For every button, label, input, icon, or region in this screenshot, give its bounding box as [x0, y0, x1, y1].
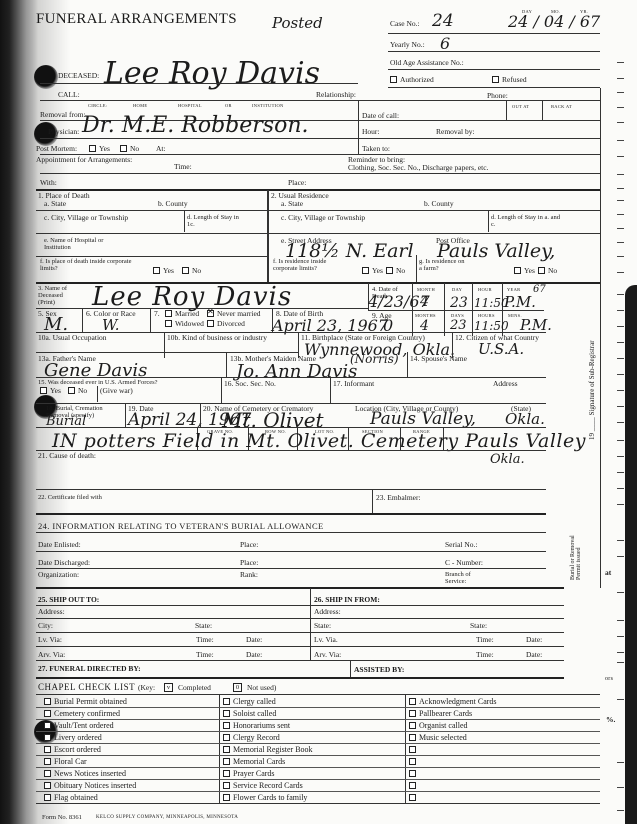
ship-out-address-label: Address:	[38, 608, 65, 616]
checkbox-icon	[223, 794, 230, 801]
pod-county-label: b. County	[158, 200, 188, 208]
checkbox-icon	[120, 145, 127, 152]
checklist-clergy-record[interactable]: Clergy Record	[223, 733, 280, 743]
call-label: CALL:	[58, 91, 80, 99]
armed-forces-no[interactable]: No	[68, 387, 87, 395]
ship-in-arv-date-label: Date:	[526, 651, 542, 659]
pod-state-label: a. State	[44, 200, 66, 208]
dod-day-value[interactable]: 23	[450, 295, 468, 311]
taken-to-label: Taken to:	[362, 145, 390, 153]
marital-label: 7.	[154, 310, 160, 318]
marital-widowed[interactable]: Widowed	[165, 320, 204, 328]
form-number: Form No. 8361	[42, 814, 82, 821]
pod-hospital-label: e. Name of Hospital or Institution	[44, 237, 114, 251]
checkbox-icon	[44, 794, 51, 801]
checklist-blank-4[interactable]	[409, 781, 419, 791]
mother-maiden-note: (Norris)	[350, 352, 399, 366]
ship-out-arv-date-label: Date:	[246, 651, 262, 659]
key-not-used-label: Not used)	[247, 684, 276, 692]
checkbox-icon	[223, 782, 230, 789]
checkbox-icon	[409, 794, 416, 801]
checkbox-checked-icon	[207, 310, 214, 317]
checklist-service-record[interactable]: Service Record Cards	[223, 781, 303, 791]
out-at-label: OUT AT	[512, 104, 529, 109]
removal-from-label: Removal from:	[40, 111, 86, 119]
post-mortem-label: Post Mortem:	[36, 145, 77, 153]
grave-location-value[interactable]: IN potters Field in Mt. Olivet. Cemetery…	[52, 430, 586, 452]
scan-shadow-edge	[0, 0, 38, 824]
phone-label: Phone:	[487, 92, 508, 100]
margin-fragment-1: ors	[605, 676, 613, 682]
relationship-label: Relationship:	[316, 91, 356, 99]
checkbox-icon	[223, 770, 230, 777]
location-value[interactable]: Pauls Valley,	[370, 409, 476, 429]
checkbox-icon	[68, 387, 75, 394]
hour-label: Hour:	[362, 128, 380, 136]
usual-occupation-label: 10a. Usual Occupation	[38, 334, 107, 342]
ship-out-city-label: City:	[38, 622, 53, 630]
enlisted-place-label: Place:	[240, 541, 258, 549]
ship-in-lv-time-label: Time:	[476, 636, 494, 644]
checkbox-icon	[223, 758, 230, 765]
pod-corporate-yes[interactable]: Yes	[153, 267, 174, 275]
checkbox-icon	[44, 722, 51, 729]
armed-forces-label: 15. Was deceased ever in U.S. Armed Forc…	[38, 379, 158, 386]
with-label: With:	[40, 179, 57, 187]
checklist-floral-car[interactable]: Floral Car	[44, 757, 87, 767]
ship-out-arv-via-label: Arv. Via:	[38, 651, 65, 659]
organization-label: Organization:	[38, 571, 79, 579]
old-age-label: Old Age Assistance No.:	[390, 59, 464, 67]
date-enlisted-label: Date Enlisted:	[38, 541, 81, 549]
back-at-label: BACK AT	[551, 104, 572, 109]
permit-at-label: at	[605, 569, 611, 577]
key-completed-label: Completed	[178, 684, 211, 692]
deceased-name-value[interactable]: Lee Roy Davis	[104, 56, 320, 91]
checklist-prayer-cards[interactable]: Prayer Cards	[223, 769, 275, 779]
case-no-value[interactable]: 24	[432, 11, 454, 31]
sub-registrar-signature-label: 19 ____ Signature of Sub-Registrar	[588, 340, 596, 440]
serial-no-label: Serial No.:	[445, 541, 478, 549]
place-label: Place:	[288, 179, 306, 187]
checkbox-icon	[165, 310, 172, 317]
checkbox-icon	[153, 267, 160, 274]
ship-in-heading: 26. SHIP IN FROM:	[314, 596, 380, 604]
checkbox-icon	[223, 698, 230, 705]
deceased-label: DECEASED:	[58, 72, 99, 80]
form-title: FUNERAL ARRANGEMENTS	[36, 11, 237, 28]
checkbox-icon	[386, 267, 393, 274]
binder-hole	[34, 65, 58, 89]
funeral-directed-label: 27. FUNERAL DIRECTED BY:	[38, 665, 141, 673]
assisted-by-label: ASSISTED BY:	[354, 666, 404, 674]
pod-length-label: d. Length of Stay in 1c.	[187, 214, 247, 228]
res-farm-yes[interactable]: Yes	[514, 267, 535, 275]
physician-value[interactable]: Dr. M.E. Robberson.	[82, 113, 309, 138]
checklist-soloist-called[interactable]: Soloist called	[223, 709, 276, 719]
dod-day-header: DAY	[452, 287, 462, 292]
ship-in-lv-via-label: Lv. Via.	[314, 636, 338, 644]
checklist-blank-2[interactable]	[409, 757, 419, 767]
checkbox-icon	[165, 320, 172, 327]
checkbox-icon	[409, 710, 416, 717]
yearly-no-label: Yearly No.:	[390, 41, 425, 49]
grave-location-value-2: Okla.	[490, 452, 525, 467]
checkbox-icon	[223, 722, 230, 729]
checkbox-icon	[44, 698, 51, 705]
date-discharged-label: Date Discharged:	[38, 559, 90, 567]
supplier-name: KELCO SUPPLY COMPANY, MINNEAPOLIS, MINNE…	[96, 815, 238, 820]
age-days-value[interactable]: 23	[450, 318, 467, 333]
discharged-place-label: Place:	[240, 559, 258, 567]
spouse-name-label: 14. Spouse's Name	[410, 355, 467, 363]
checkbox-icon	[207, 320, 214, 327]
age-hours-header: HOURS	[478, 313, 495, 318]
ship-out-lv-via-label: Lv. Via:	[38, 636, 62, 644]
circle-home[interactable]: HOME	[133, 103, 147, 108]
post-mortem-yes[interactable]: Yes	[89, 145, 110, 153]
appointment-time-label: Time:	[174, 163, 192, 171]
checkbox-icon	[409, 782, 416, 789]
res-corporate-label: f. Is residence inside corporate limits?	[273, 258, 351, 272]
checklist-blank-3[interactable]	[409, 769, 419, 779]
ship-in-address-label: Address:	[314, 608, 341, 616]
marital-married[interactable]: Married	[165, 310, 199, 318]
branch-label: Branch of Service:	[445, 571, 485, 585]
checkbox-icon	[492, 76, 499, 83]
res-corporate-no[interactable]: No	[386, 267, 405, 275]
checklist-flag[interactable]: Flag obtained	[44, 793, 98, 803]
arrangement-date-value[interactable]: 24 / 04 / 67	[508, 12, 600, 31]
give-war-label: (Give war)	[100, 387, 133, 395]
checkbox-icon	[40, 387, 47, 394]
marital-divorced[interactable]: Divorced	[207, 320, 245, 328]
posted-note: Posted	[272, 14, 323, 32]
checklist-acknowledgment-cards[interactable]: Acknowledgment Cards	[409, 697, 497, 707]
checklist-memorial-cards[interactable]: Memorial Cards	[223, 757, 285, 767]
key-completed-icon: v	[164, 683, 173, 692]
checkbox-icon	[44, 746, 51, 753]
funeral-arrangements-form: FUNERAL ARRANGEMENTS Posted Case No.: 24…	[0, 0, 637, 824]
checkbox-icon	[44, 758, 51, 765]
pod-city-label: c. City, Village or Township	[44, 214, 128, 222]
circle-institution[interactable]: INSTITUTION	[252, 103, 284, 108]
state-value[interactable]: Okla.	[505, 410, 545, 428]
ship-out-lv-time-label: Time:	[196, 636, 214, 644]
post-mortem-no[interactable]: No	[120, 145, 139, 153]
ship-in-arv-via-label: Arv. Via:	[314, 651, 341, 659]
checkbox-icon	[409, 770, 416, 777]
checklist-music-selected[interactable]: Music selected	[409, 733, 467, 743]
reminder-items: Clothing, Soc. Sec. No., Discharge paper…	[348, 164, 488, 172]
checkbox-icon	[390, 76, 397, 83]
checkbox-icon	[223, 734, 230, 741]
checkbox-icon	[409, 734, 416, 741]
checkbox-icon	[44, 734, 51, 741]
ship-in-state-label: State:	[314, 622, 331, 630]
pod-corporate-label: f. Is place of death inside corporate li…	[40, 258, 135, 272]
checklist-honorariums[interactable]: Honorariums sent	[223, 721, 290, 731]
checkbox-icon	[538, 267, 545, 274]
ship-in-state-label-2: State:	[470, 622, 487, 630]
checkbox-icon	[362, 267, 369, 274]
pod-corporate-no[interactable]: No	[182, 267, 201, 275]
citizen-value[interactable]: U.S.A.	[478, 340, 524, 358]
ship-out-heading: 25. SHIP OUT TO:	[38, 596, 99, 604]
circle-label: CIRCLE:	[88, 103, 107, 108]
certificate-filed-label: 22. Certificate filed with	[38, 494, 108, 501]
res-county-label: b. County	[424, 200, 454, 208]
checkbox-icon	[44, 770, 51, 777]
veteran-heading: 24. INFORMATION RELATING TO VETERAN'S BU…	[38, 522, 324, 530]
embalmer-label: 23. Embalmer:	[376, 494, 421, 502]
c-number-label: C - Number:	[445, 559, 483, 567]
res-farm-label: g. Is residence on a farm?	[419, 258, 467, 272]
checkbox-icon	[223, 710, 230, 717]
refused-checkbox[interactable]: Refused	[492, 76, 527, 84]
checkbox-icon	[409, 758, 416, 765]
res-farm-no[interactable]: No	[538, 267, 557, 275]
checklist-obituary-notices[interactable]: Obituary Notices inserted	[44, 781, 136, 791]
soc-sec-label: 16. Soc. Sec. No.	[224, 380, 276, 388]
checkbox-icon	[44, 782, 51, 789]
res-state-label: a. State	[281, 200, 303, 208]
checklist-burial-permit[interactable]: Burial Permit obtained	[44, 697, 127, 707]
res-city-label: c. City, Village or Township	[281, 214, 365, 222]
ship-out-arv-time-label: Time:	[196, 651, 214, 659]
informant-label: 17. Informant	[333, 380, 374, 388]
margin-fragment-2: %.	[606, 716, 615, 724]
dod-hour-header: HOUR	[478, 287, 492, 292]
checklist-blank-5[interactable]	[409, 793, 419, 803]
physician-label: Physician:	[48, 128, 79, 136]
checklist-clergy-called[interactable]: Clergy called	[223, 697, 276, 707]
case-no-label: Case No.:	[390, 20, 420, 28]
checkbox-icon	[223, 746, 230, 753]
dod-year-note: 67	[533, 284, 546, 295]
rank-label: Rank:	[240, 571, 258, 579]
ship-in-lv-date-label: Date:	[526, 636, 542, 644]
appointment-label: Appointment for Arrangements:	[36, 156, 132, 164]
checklist-escort[interactable]: Escort ordered	[44, 745, 101, 755]
checkbox-icon	[182, 267, 189, 274]
post-mortem-at-label: At:	[156, 145, 166, 153]
ship-out-lv-date-label: Date:	[246, 636, 262, 644]
checkbox-icon	[89, 145, 96, 152]
checklist-cemetery-confirmed[interactable]: Cemetery confirmed	[44, 709, 120, 719]
key-not-used-icon: 0	[233, 683, 242, 692]
dod-year-header: YEAR	[507, 287, 520, 292]
business-label: 10b. Kind of business or industry	[167, 334, 267, 342]
authorized-checkbox[interactable]: Authorized	[390, 76, 434, 84]
res-corporate-yes[interactable]: Yes	[362, 267, 383, 275]
checklist-flower-cards[interactable]: Flower Cards to family	[223, 793, 307, 803]
age-hours-value[interactable]: 11:50	[474, 319, 509, 333]
cause-of-death-label: 21. Cause of death:	[38, 452, 96, 460]
checklist-blank-1[interactable]	[409, 745, 419, 755]
burial-permit-issued-label: Burial or Removal Permit issued	[570, 532, 582, 580]
removal-by-label: Removal by:	[436, 128, 475, 136]
checkbox-icon	[44, 710, 51, 717]
name-of-deceased-label: 3. Name of Deceased (Print)	[38, 285, 78, 306]
checkbox-icon	[514, 267, 521, 274]
dod-month-header: MONTH	[417, 287, 435, 292]
checkbox-icon	[409, 722, 416, 729]
checklist-news-notices[interactable]: News Notices inserted	[44, 769, 126, 779]
ship-in-arv-time-label: Time:	[476, 651, 494, 659]
checklist-key-label: (Key:	[138, 684, 155, 692]
res-length-label: d. Length of Stay in a. and c.	[491, 214, 561, 228]
dod-month-value[interactable]: 4	[420, 294, 429, 310]
checklist-pallbearer-cards[interactable]: Pallbearer Cards	[409, 709, 472, 719]
marital-never-married[interactable]: Never married	[207, 310, 261, 318]
scan-edge-right	[625, 285, 637, 824]
ship-out-state-label: State:	[195, 622, 212, 630]
armed-forces-yes[interactable]: Yes	[40, 387, 61, 395]
checklist-vault-tent[interactable]: Vault/Tent ordered	[44, 721, 114, 731]
checklist-memorial-register[interactable]: Memorial Register Book	[223, 745, 313, 755]
checklist-heading: CHAPEL CHECK LIST	[38, 683, 135, 691]
circle-or: OR	[225, 103, 232, 108]
checkbox-icon	[409, 698, 416, 705]
dod-ampm-value[interactable]: P.M.	[504, 293, 536, 311]
informant-address-label: Address	[493, 380, 518, 388]
circle-hospital[interactable]: HOSPITAL	[178, 103, 202, 108]
checklist-livery[interactable]: Livery ordered	[44, 733, 102, 743]
date-of-call-label: Date of call:	[362, 112, 399, 120]
checklist-organist-called[interactable]: Organist called	[409, 721, 468, 731]
checkbox-icon	[409, 746, 416, 753]
